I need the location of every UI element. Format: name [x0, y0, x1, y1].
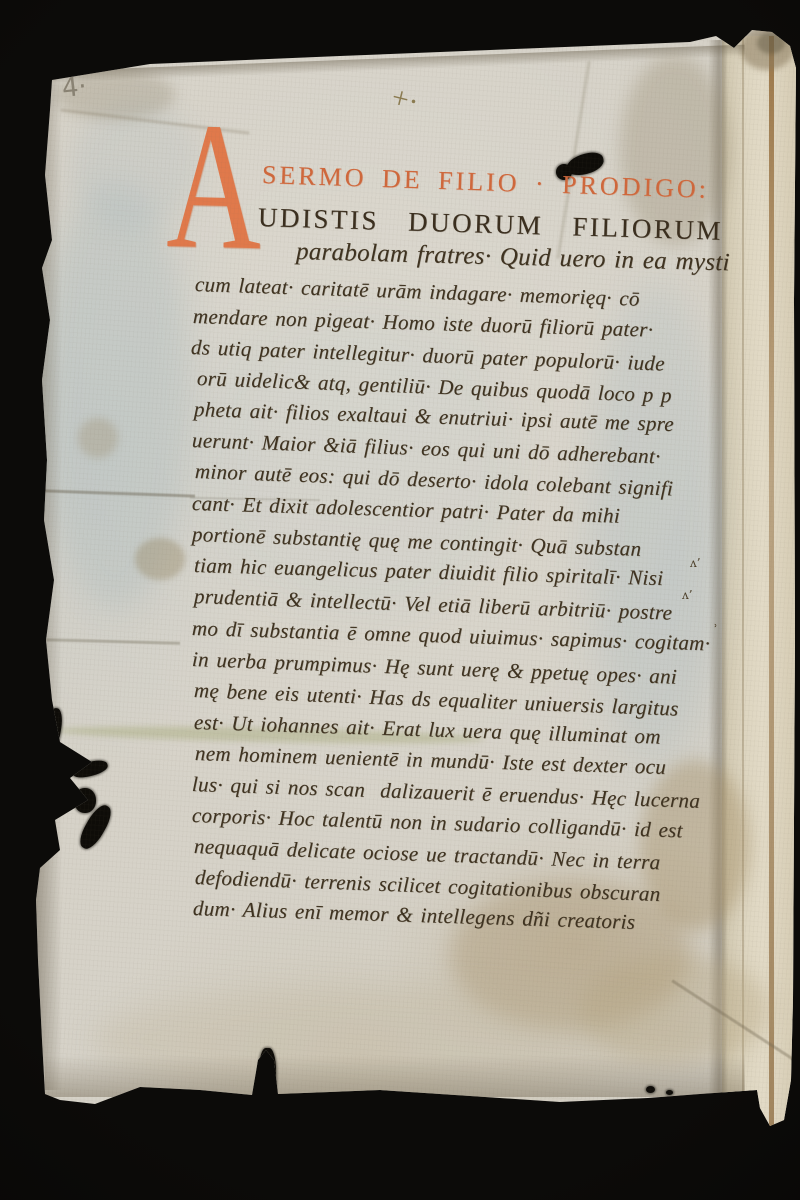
stain: [135, 538, 185, 580]
parchment-hole: [259, 1048, 276, 1103]
photo-background: 4· +· A SERMO DE FILIO · PRODIGO: UDISTI…: [0, 0, 800, 1200]
initial-A: A: [166, 95, 263, 279]
book-page-edges: [722, 36, 796, 1126]
ink-blot: [43, 707, 64, 751]
page-edge-stain-line: [769, 36, 774, 1126]
ink-dot: [666, 1090, 673, 1095]
quire-mark-cross: +·: [388, 81, 422, 121]
ink-dot: [646, 1086, 655, 1093]
stain: [78, 418, 118, 458]
edge-shading: [45, 1055, 745, 1097]
crumpled-corner: [757, 32, 785, 54]
manuscript-page: 4· +· A SERMO DE FILIO · PRODIGO: UDISTI…: [0, 0, 800, 1200]
insertion-mark: ʌ’: [690, 556, 701, 570]
page-edge-line: [742, 36, 744, 1126]
ink-blot: [71, 758, 109, 780]
ink-blot: [74, 788, 96, 813]
crease-line: [45, 638, 180, 645]
insertion-mark: ʌ’: [682, 588, 693, 602]
edge-shading: [36, 70, 62, 1090]
insertion-mark: ʾ: [714, 622, 718, 636]
folio-number: 4·: [60, 71, 88, 103]
ink-blot: [55, 754, 78, 776]
